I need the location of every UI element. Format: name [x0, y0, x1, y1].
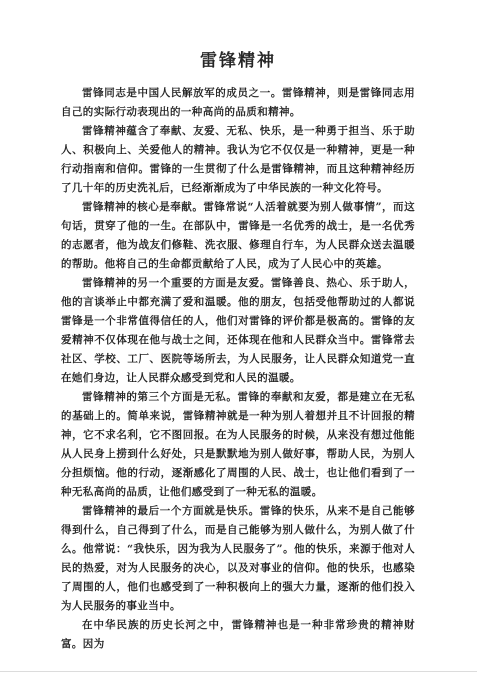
document-page: 雷锋精神 雷锋同志是中国人民解放军的成员之一。雷锋精神，则是雷锋同志用自己的实际… [0, 0, 477, 654]
page-title: 雷锋精神 [61, 46, 415, 71]
paragraph: 雷锋精神的第三个方面是无私。雷锋的奉献和友爱，都是建立在无私的基础上的。简单来说… [61, 388, 415, 502]
paragraph: 雷锋精神蕴含了奉献、友爱、无私、快乐，是一种勇于担当、乐于助人、积极向上、关爱他… [61, 122, 415, 198]
page-bottom-edge-divider [0, 671, 477, 672]
paragraph: 雷锋同志是中国人民解放军的成员之一。雷锋精神，则是雷锋同志用自己的实际行动表现出… [61, 84, 415, 122]
paragraph: 雷锋精神的另一个重要的方面是友爱。雷锋善良、热心、乐于助人，他的言谈举止中都充满… [61, 274, 415, 388]
paragraph: 雷锋精神的核心是奉献。雷锋常说“人活着就要为别人做事情”，而这句话，贯穿了他的一… [61, 198, 415, 274]
paragraph: 雷锋精神的最后一个方面就是快乐。雷锋的快乐，从来不是自己能够得到什么，自己得到了… [61, 502, 415, 616]
paragraph: 在中华民族的历史长河之中，雷锋精神也是一种非常珍贵的精神财富。因为 [61, 616, 415, 654]
document-body: 雷锋同志是中国人民解放军的成员之一。雷锋精神，则是雷锋同志用自己的实际行动表现出… [61, 84, 415, 654]
